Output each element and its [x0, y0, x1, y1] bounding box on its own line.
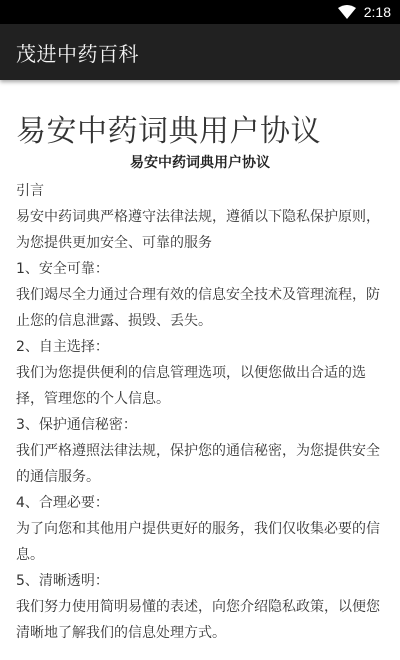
section-heading-4: 4、合理必要： [16, 490, 386, 516]
agreement-body: 引言 易安中药词典严格遵守法律法规，遵循以下隐私保护原则，为您提供更加安全、可靠… [16, 178, 386, 646]
section-heading-1: 1、安全可靠： [16, 256, 386, 282]
app-title: 茂进中药百科 [16, 38, 139, 67]
section-body-2: 我们为您提供便利的信息管理选项，以便您做出合适的选择，管理您的个人信息。 [16, 360, 386, 412]
document-subtitle: 易安中药词典用户协议 [0, 152, 400, 172]
agreement-content[interactable]: 易安中药词典用户协议 易安中药词典用户协议 引言 易安中药词典严格遵守法律法规，… [0, 80, 400, 660]
section-body-5: 我们努力使用简明易懂的表述，向您介绍隐私政策，以便您清晰地了解我们的信息处理方式… [16, 594, 386, 646]
clock: 2:18 [364, 4, 391, 20]
section-heading-3: 3、保护通信秘密： [16, 412, 386, 438]
section-heading-5: 5、清晰透明： [16, 568, 386, 594]
section-body-3: 我们严格遵照法律法规，保护您的通信秘密，为您提供安全的通信服务。 [16, 438, 386, 490]
paragraph-intro: 易安中药词典严格遵守法律法规，遵循以下隐私保护原则，为您提供更加安全、可靠的服务 [16, 204, 386, 256]
paragraph-intro-heading: 引言 [16, 178, 386, 204]
page-title: 易安中药词典用户协议 [16, 106, 321, 150]
section-heading-2: 2、自主选择： [16, 334, 386, 360]
section-body-4: 为了向您和其他用户提供更好的服务，我们仅收集必要的信息。 [16, 516, 386, 568]
section-body-1: 我们竭尽全力通过合理有效的信息安全技术及管理流程，防止您的信息泄露、损毁、丢失。 [16, 282, 386, 334]
app-bar: 茂进中药百科 [0, 24, 400, 80]
status-bar: 2:18 [0, 0, 400, 24]
wifi-icon [338, 5, 356, 19]
